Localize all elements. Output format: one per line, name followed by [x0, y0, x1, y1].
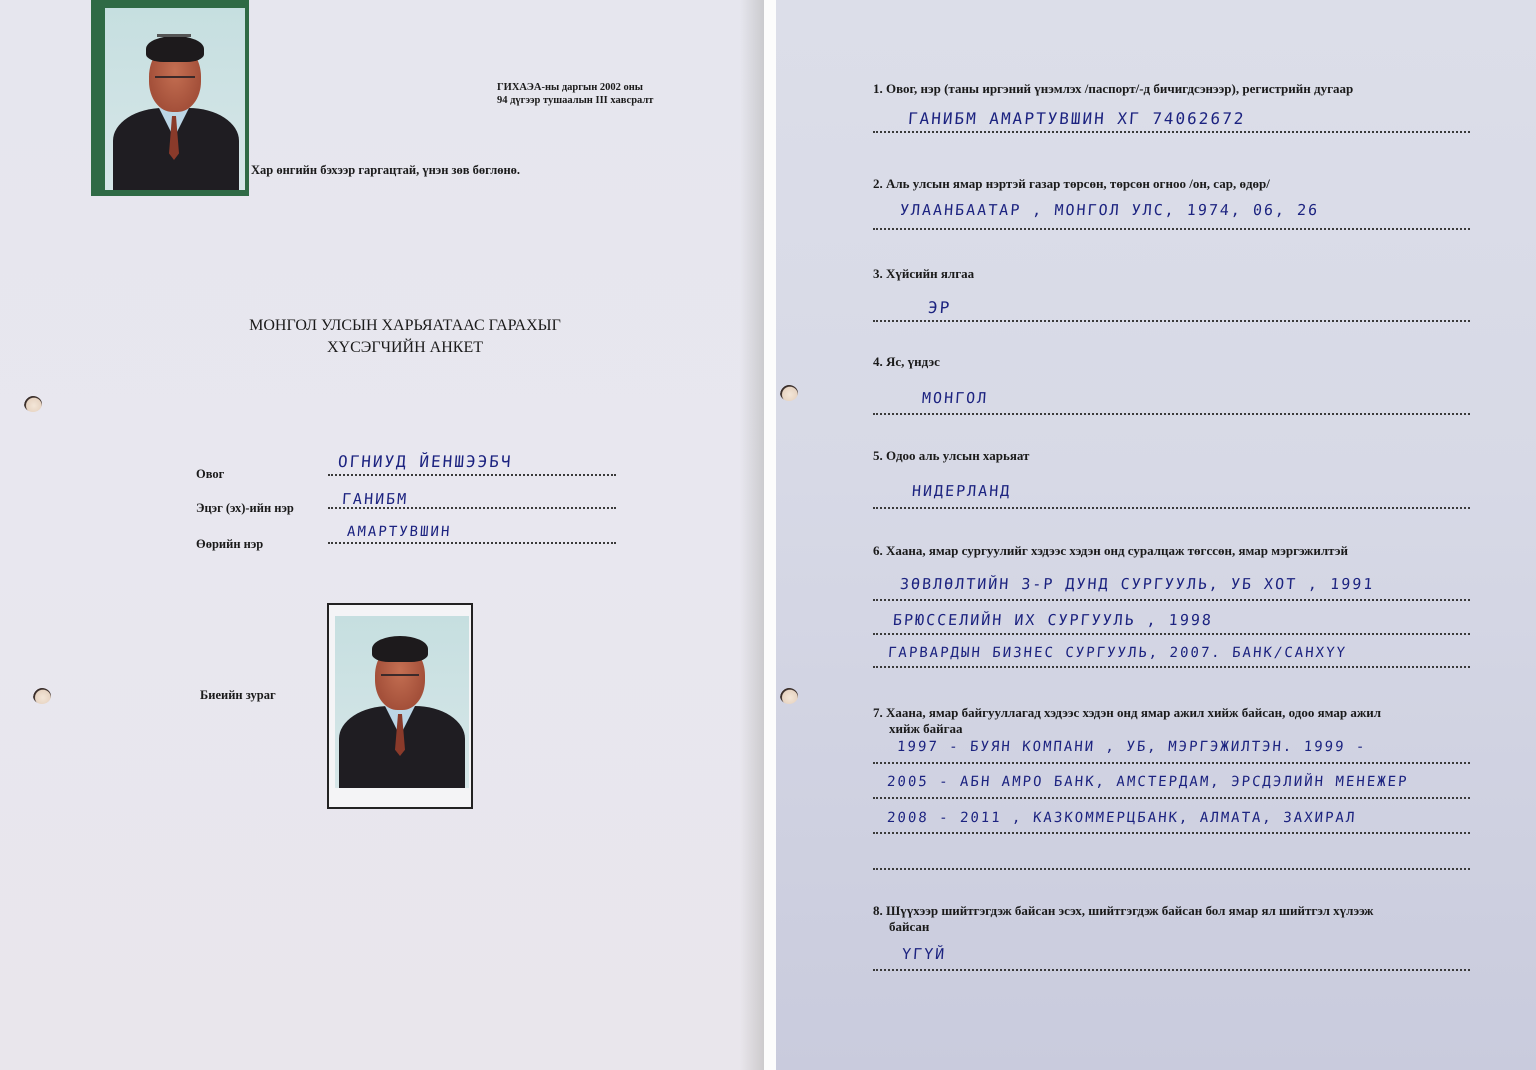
dotted-line: [873, 320, 1470, 322]
field-value-surname[interactable]: ОГНИУД ЙЕНШЭЭБЧ: [337, 452, 513, 471]
dotted-line: [873, 832, 1470, 834]
portrait-photo-top: [105, 8, 245, 190]
question-4-answer[interactable]: МОНГОЛ: [921, 389, 988, 407]
question-8-answer[interactable]: ҮГҮЙ: [901, 945, 946, 963]
body-photo-label: Биеийн зураг: [200, 688, 276, 703]
dotted-line: [873, 762, 1470, 764]
punch-hole: [780, 688, 798, 704]
question-2-label: 2. Аль улсын ямар нэртэй газар төрсөн, т…: [873, 176, 1270, 192]
question-6-answer-line-1[interactable]: ЗӨВЛӨЛТИЙН 3-Р ДУНД СУРГУУЛЬ, УБ ХОТ , 1…: [899, 575, 1375, 593]
field-value-given-name[interactable]: АМАРТУВШИН: [346, 524, 451, 540]
dotted-line: [328, 507, 616, 509]
dotted-line: [873, 131, 1470, 133]
portrait-photo-body: [335, 616, 469, 788]
question-8-label-line-1: 8. Шүүхээр шийтгэгдэж байсан эсэх, шийтг…: [873, 903, 1373, 918]
hair-shape: [372, 636, 428, 662]
question-2-answer[interactable]: УЛААНБААТАР , МОНГОЛ УЛС, 1974, 06, 26: [899, 201, 1319, 219]
question-5-answer[interactable]: НИДЕРЛАНД: [911, 482, 1012, 500]
dotted-line: [873, 633, 1470, 635]
form-page-left: ГИХАЭА-ны даргын 2002 оны 94 дүгээр туша…: [0, 0, 764, 1070]
question-6-answer-line-3[interactable]: ГАРВАРДЫН БИЗНЕС СУРГУУЛЬ, 2007. БАНК/СА…: [887, 645, 1347, 661]
question-7-answer-line-1[interactable]: 1997 - БУЯН КОМПАНИ , УБ, МЭРГЭЖИЛТЭН. 1…: [896, 739, 1366, 755]
question-8-label-line-2: байсан: [873, 919, 1373, 935]
dotted-line: [873, 507, 1470, 509]
dotted-line: [873, 413, 1470, 415]
dotted-line: [873, 797, 1470, 799]
dotted-line-empty-answer: [873, 868, 1470, 870]
question-1-answer[interactable]: ГАНИБМ АМАРТУВШИН ХГ 74062672: [907, 109, 1246, 128]
punch-hole: [780, 385, 798, 401]
dotted-line: [873, 969, 1470, 971]
dotted-line: [873, 599, 1470, 601]
field-label-given-name: Өөрийн нэр: [196, 537, 263, 552]
hair-shape: [146, 36, 204, 62]
question-4-label: 4. Яс, үндэс: [873, 354, 940, 370]
dotted-line: [328, 542, 616, 544]
field-label-surname: Овог: [196, 467, 224, 482]
form-title-line-1: МОНГОЛ УЛСЫН ХАРЬЯАТААС ГАРАХЫГ: [200, 315, 610, 337]
dotted-line: [328, 474, 616, 476]
photo-mark: [157, 34, 191, 37]
punch-hole: [24, 396, 42, 412]
question-6-label: 6. Хаана, ямар сургуулийг хэдээс хэдэн о…: [873, 543, 1348, 559]
question-7-answer-line-3[interactable]: 2008 - 2011 , КАЗКОММЕРЦБАНК, АЛМАТА, ЗА…: [886, 810, 1356, 826]
question-7-label-line-1: 7. Хаана, ямар байгууллагад хэдээс хэдэн…: [873, 705, 1381, 720]
dotted-line: [873, 666, 1470, 668]
dotted-line: [873, 228, 1470, 230]
question-8-label: 8. Шүүхээр шийтгэгдэж байсан эсэх, шийтг…: [873, 903, 1373, 935]
form-title-line-2: ХҮСЭГЧИЙН АНКЕТ: [200, 337, 610, 359]
question-7-label-line-2: хийж байгаа: [873, 721, 1381, 737]
decree-line-1: ГИХАЭА-ны даргын 2002 оны: [497, 81, 653, 94]
field-value-patronymic[interactable]: ГАНИБМ: [341, 490, 408, 508]
glasses-shape: [155, 76, 195, 78]
decree-note: ГИХАЭА-ны даргын 2002 оны 94 дүгээр туша…: [497, 81, 653, 107]
punch-hole: [33, 688, 51, 704]
question-6-answer-line-2[interactable]: БРЮССЕЛИЙН ИХ СУРГУУЛЬ , 1998: [892, 611, 1213, 629]
glasses-shape: [381, 674, 419, 676]
question-7-label: 7. Хаана, ямар байгууллагад хэдээс хэдэн…: [873, 705, 1381, 737]
question-5-label: 5. Одоо аль улсын харьяат: [873, 448, 1029, 464]
question-3-answer[interactable]: ЭР: [927, 298, 952, 317]
page-edge-shadow: [740, 0, 764, 1070]
field-label-patronymic: Эцэг (эх)-ийн нэр: [196, 501, 294, 516]
photo-instruction: Хар өнгийн бэхээр гаргацтай, үнэн зөв бө…: [251, 163, 520, 178]
question-1-label: 1. Овог, нэр (таны иргэний үнэмлэх /пасп…: [873, 81, 1353, 97]
question-3-label: 3. Хүйсийн ялгаа: [873, 266, 974, 282]
form-title: МОНГОЛ УЛСЫН ХАРЬЯАТААС ГАРАХЫГ ХҮСЭГЧИЙ…: [200, 315, 610, 359]
question-7-answer-line-2[interactable]: 2005 - АБН АМРО БАНК, АМСТЕРДАМ, ЭРСДЭЛИ…: [886, 774, 1409, 790]
decree-line-2: 94 дүгээр тушаалын III хавсралт: [497, 94, 653, 107]
page-gutter: [764, 0, 776, 1070]
